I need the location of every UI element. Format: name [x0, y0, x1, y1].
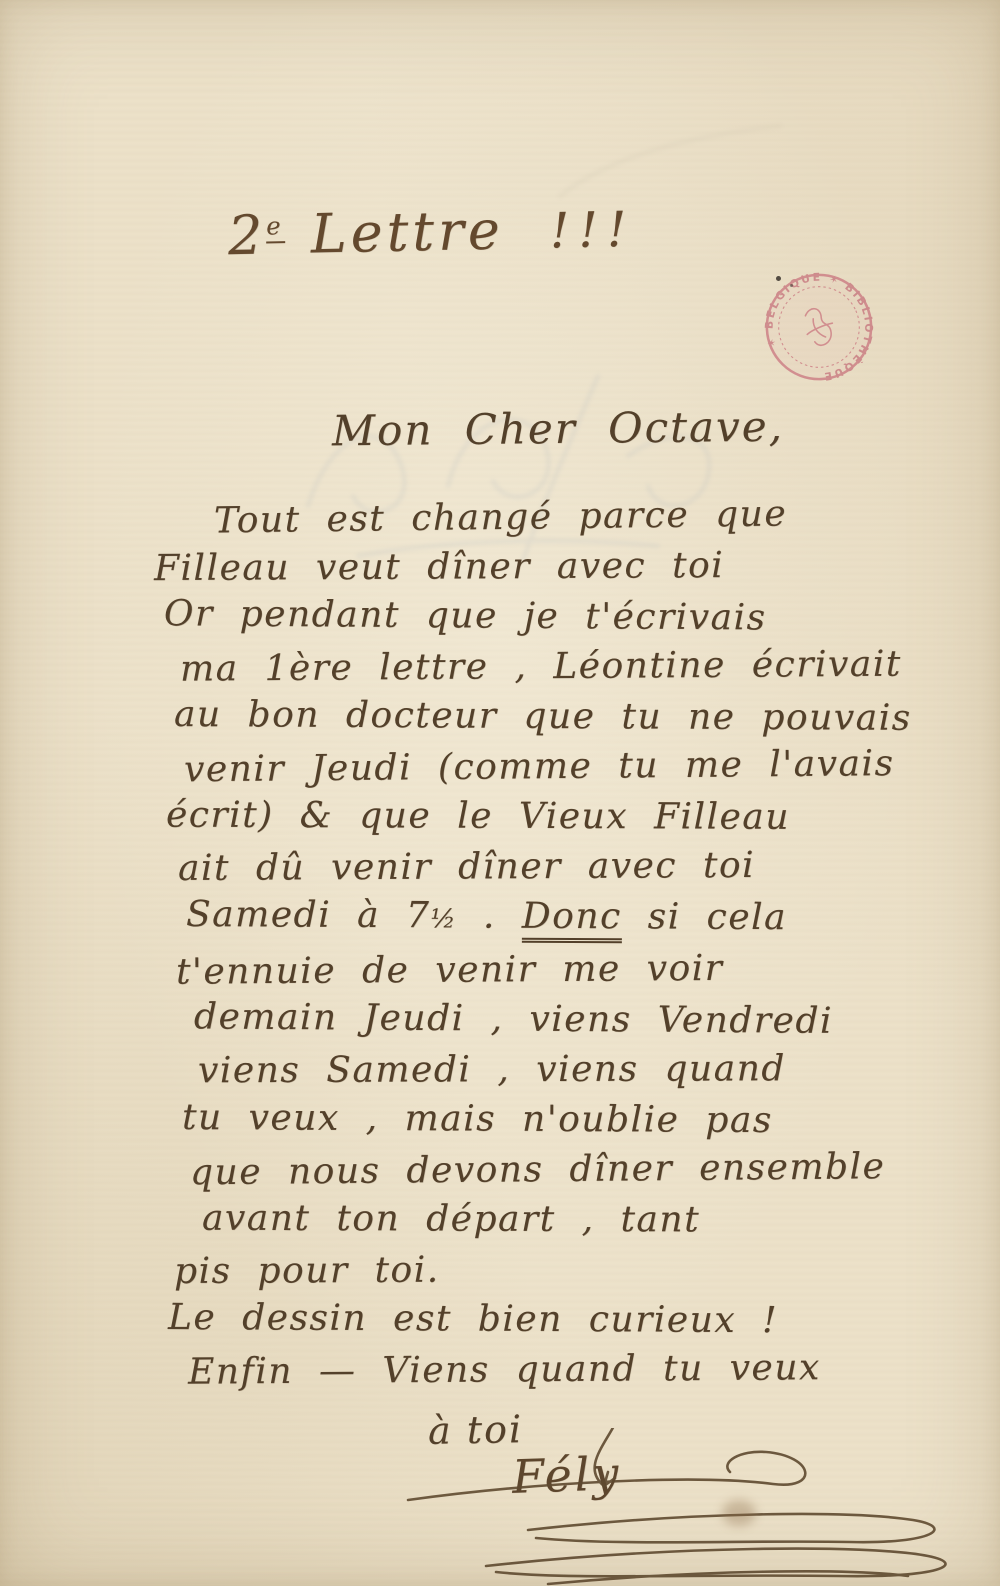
- signature-flourish: [368, 1428, 968, 1586]
- letter-line: au bon docteur que tu ne pouvais: [174, 690, 945, 744]
- letter-line: Filleau veut dîner avec toi: [154, 540, 945, 594]
- letter-line: avant ton départ , tant: [202, 1194, 945, 1247]
- letter-line: demain Jeudi , viens Vendredi: [194, 992, 945, 1047]
- letter-line: venir Jeudi (comme tu me l'avais: [184, 739, 945, 796]
- letter-line: pis pour toi.: [174, 1243, 945, 1297]
- letter-line: ait dû venir dîner avec toi: [178, 840, 945, 894]
- title-exclamation: !!!: [549, 202, 636, 260]
- letter-body: Tout est changé parce que Filleau veut d…: [168, 492, 945, 1395]
- letter-line: Enfin — Viens quand tu veux: [188, 1342, 945, 1397]
- title-word: Lettre: [310, 198, 504, 265]
- title-number: 2: [227, 203, 267, 267]
- half-fraction: ½: [430, 904, 457, 934]
- letter-line: t'ennuie de venir me voir: [176, 942, 945, 997]
- letter-line: Or pendant que je t'écrivais: [164, 589, 945, 644]
- title-ordinal-sup: e: [266, 211, 285, 243]
- samedi-pre: Samedi à 7: [186, 894, 431, 936]
- letter-line: tu veux , mais n'oublie pas: [182, 1093, 945, 1147]
- salutation: Mon Cher Octave,: [332, 402, 784, 456]
- letter-line: écrit) & que le Vieux Filleau: [166, 791, 945, 844]
- letter-line: Le dessin est bien curieux !: [168, 1293, 945, 1347]
- library-stamp: ✶ BELGIQUE ✶ BIBLIOTHÈQUE: [758, 268, 880, 386]
- ink-speck: [790, 284, 793, 287]
- letter-title: 2eLettre!!!: [227, 196, 636, 268]
- donc-underlined: Donc: [522, 896, 622, 944]
- letter-line: Tout est changé parce que: [214, 488, 946, 547]
- letter-line: que nous devons dîner ensemble: [190, 1142, 945, 1199]
- letter-line: ma 1ère lettre , Léontine écrivait: [180, 639, 945, 694]
- samedi-mid: .: [457, 895, 522, 936]
- letter-page: 2eLettre!!! ✶ BELGIQUE ✶ BIBLIOTHÈQUE Mo…: [0, 0, 1000, 1586]
- paper-smudge: [722, 1500, 756, 1526]
- ink-speck: [776, 276, 781, 281]
- samedi-post: si cela: [622, 896, 788, 938]
- letter-line-samedi: Samedi à 7½ . Donc si cela: [186, 890, 945, 947]
- letter-line: viens Samedi , viens quand: [198, 1044, 945, 1097]
